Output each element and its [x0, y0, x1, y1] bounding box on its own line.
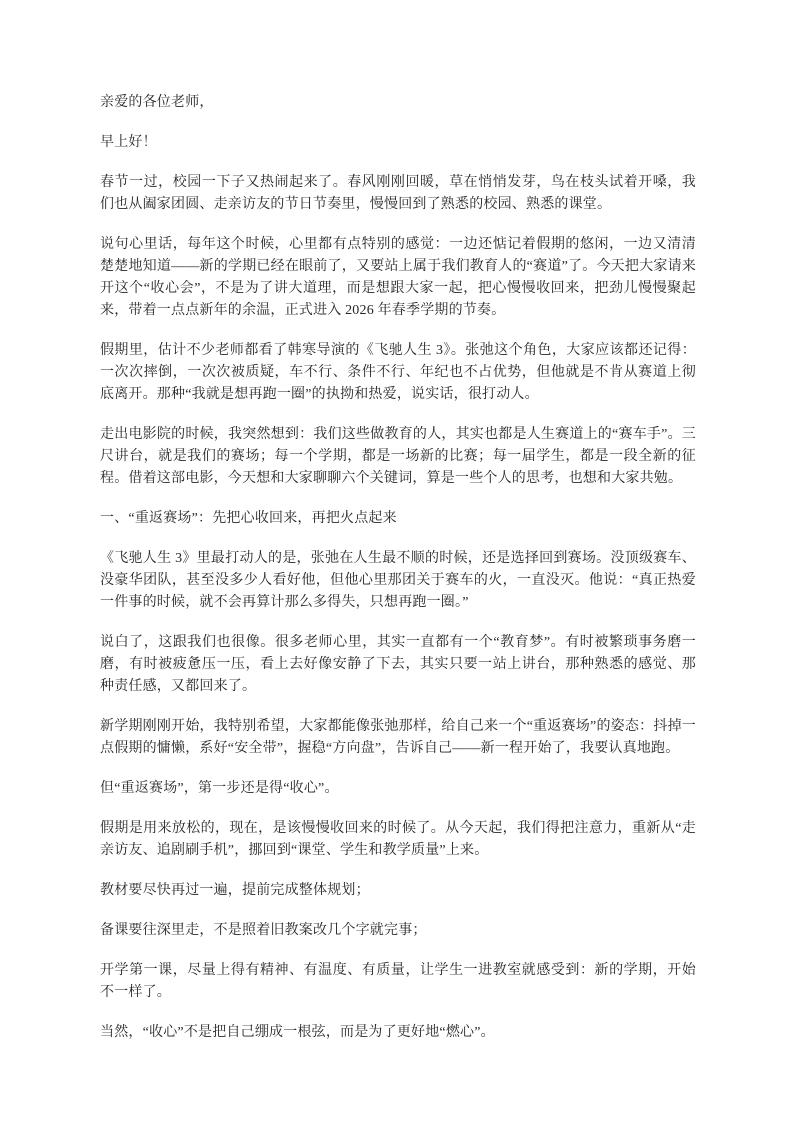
paragraph-body: 备课要往深里走，不是照着旧教案改几个字就完事；	[100, 920, 696, 942]
paragraph-salutation: 亲爱的各位老师，	[100, 92, 696, 114]
paragraph-body: 假期里，估计不少老师都看了韩寒导演的《飞驰人生 3》。张弛这个角色，大家应该都还…	[100, 340, 696, 406]
paragraph-body: 教材要尽快再过一遍，提前完成整体规划；	[100, 880, 696, 902]
paragraph-body: 春节一过，校园一下子又热闹起来了。春风刚刚回暖，草在悄悄发芽，鸟在枝头试着开嗓，…	[100, 172, 696, 216]
paragraph-body: 说句心里话，每年这个时候，心里都有点特别的感觉：一边还惦记着假期的悠闲，一边又清…	[100, 234, 696, 322]
paragraph-body: 新学期刚刚开始，我特别希望，大家都能像张弛那样，给自己来一个“重返赛场”的姿态：…	[100, 716, 696, 760]
paragraph-body: 说白了，这跟我们也很像。很多老师心里，其实一直都有一个“教育梦”。有时被繁琐事务…	[100, 632, 696, 698]
paragraph-body: 开学第一课，尽量上得有精神、有温度、有质量，让学生一进教室就感受到：新的学期，开…	[100, 960, 696, 1004]
document-body: 亲爱的各位老师，早上好！春节一过，校园一下子又热闹起来了。春风刚刚回暖，草在悄悄…	[100, 92, 696, 1062]
paragraph-body: 当然，“收心”不是把自己绷成一根弦，而是为了更好地“燃心”。	[100, 1022, 696, 1044]
paragraph-body: 但“重返赛场”，第一步还是得“收心”。	[100, 778, 696, 800]
document-page: 亲爱的各位老师，早上好！春节一过，校园一下子又热闹起来了。春风刚刚回暖，草在悄悄…	[0, 0, 793, 1122]
paragraph-body: 走出电影院的时候，我突然想到：我们这些做教育的人，其实也都是人生赛道上的“赛车手…	[100, 424, 696, 490]
section-heading: 一、“重返赛场”：先把心收回来，再把火点起来	[100, 508, 696, 530]
paragraph-greeting: 早上好！	[100, 132, 696, 154]
paragraph-body: 假期是用来放松的，现在，是该慢慢收回来的时候了。从今天起，我们得把注意力，重新从…	[100, 818, 696, 862]
paragraph-body: 《飞驰人生 3》里最打动人的是，张弛在人生最不顺的时候，还是选择回到赛场。没顶级…	[100, 548, 696, 614]
